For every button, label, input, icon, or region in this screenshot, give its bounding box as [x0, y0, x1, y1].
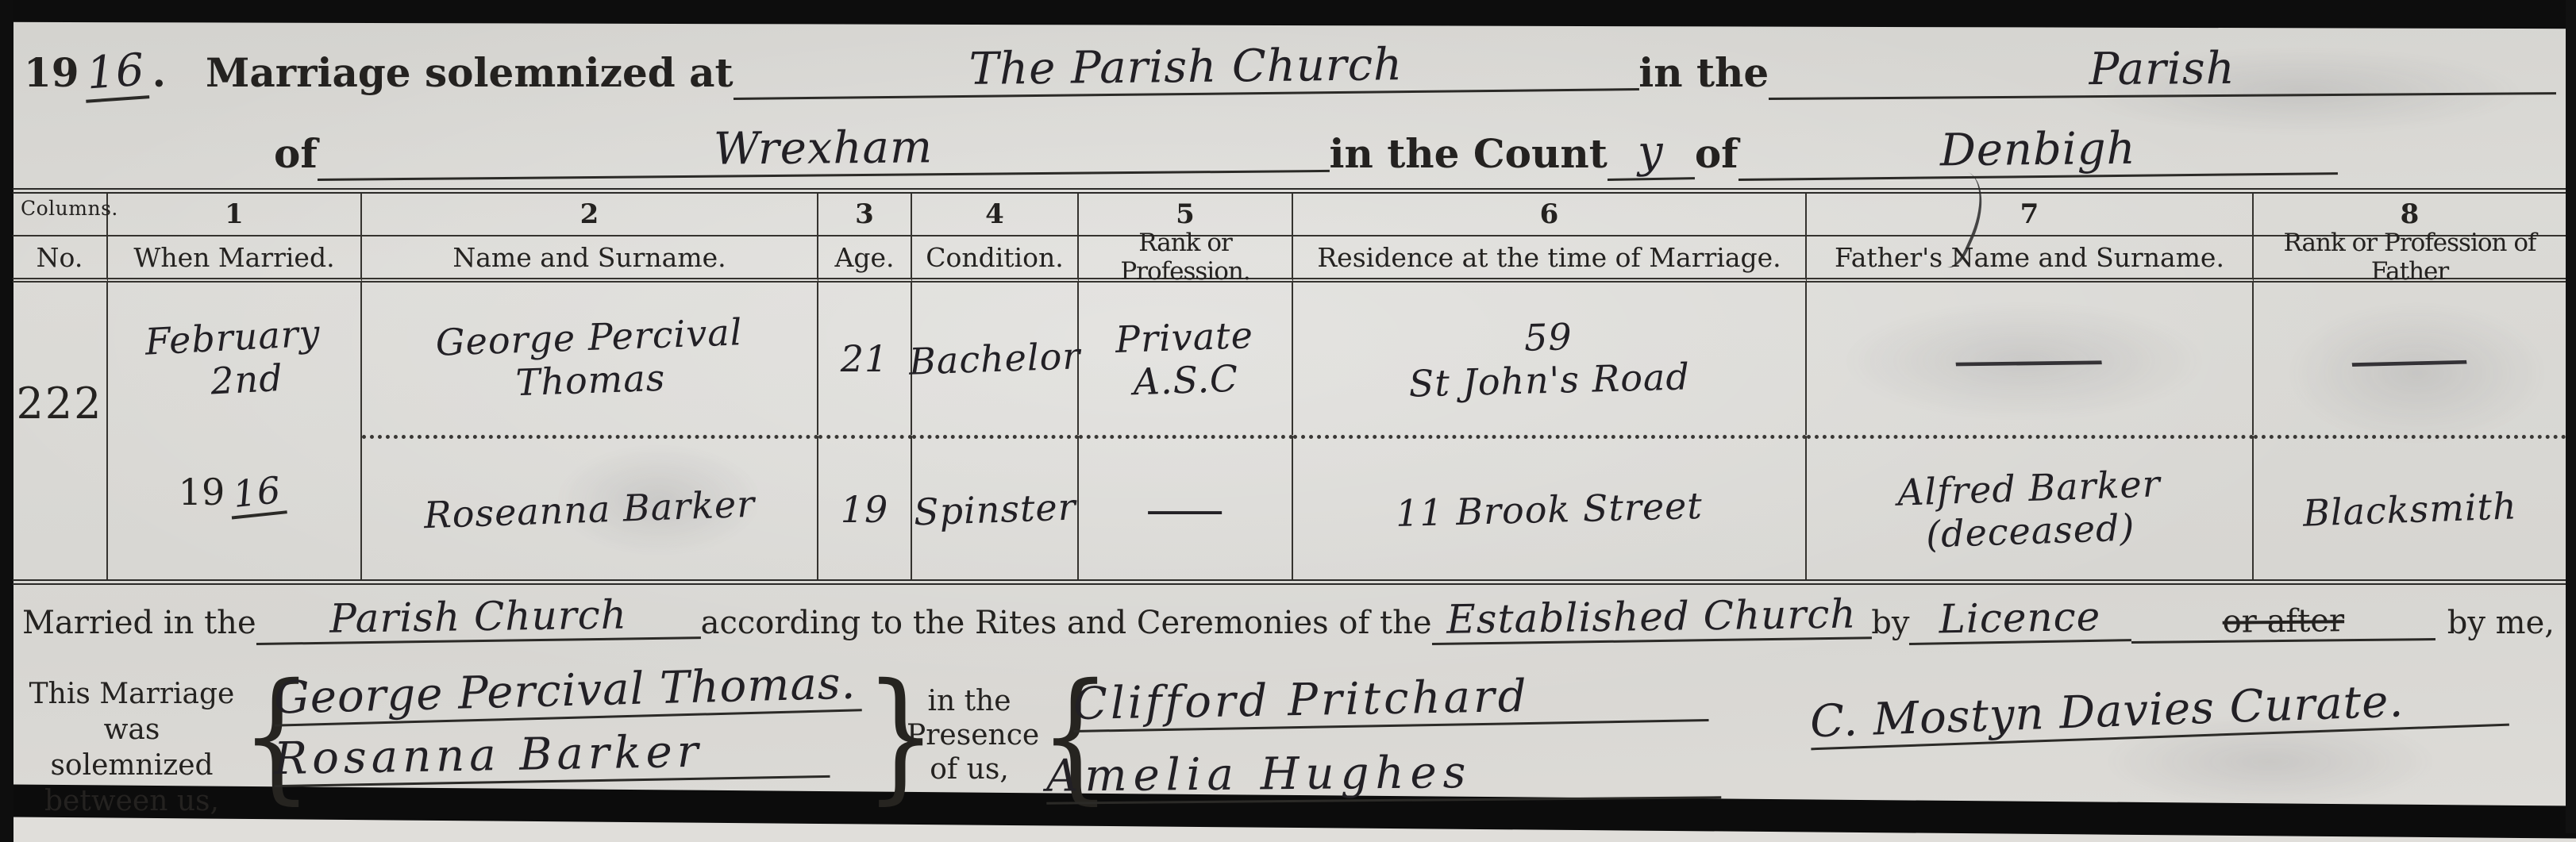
- register-table: Columns. 1 2 3 4 5 6 7 8 No. When Marrie…: [13, 188, 2566, 585]
- header-condition: Condition.: [912, 236, 1079, 283]
- groom-age: 21: [818, 283, 912, 435]
- presence-label: in the Presence of us,: [907, 684, 1032, 787]
- bride-age: 19: [818, 435, 912, 579]
- bride-signature: Rosanna Barker: [273, 724, 830, 787]
- header-residence: Residence at the time of Marriage.: [1293, 236, 1807, 283]
- by-me-label: by me,: [2447, 605, 2555, 641]
- scan-border-left: [0, 0, 13, 842]
- county-label: in the Count: [1329, 130, 1607, 177]
- bride-year-printed: 19: [179, 471, 225, 513]
- entry-number: 222: [13, 283, 108, 579]
- column-number-1: 1: [108, 194, 362, 236]
- header-no: No.: [13, 236, 108, 283]
- in-the-label: in the: [1638, 49, 1769, 96]
- header-line-1: 19 16 . Marriage solemnized at The Paris…: [24, 46, 2556, 101]
- header-father-name: Father's Name and Surname.: [1807, 236, 2254, 283]
- groom-signature: George Percival Thomas.: [273, 657, 862, 726]
- rites-value: Established Church: [1431, 590, 1872, 645]
- groom-when-day: 2nd: [147, 354, 325, 406]
- of-label-2: of: [1695, 130, 1739, 177]
- bride-residence: 11 Brook Street: [1293, 435, 1807, 579]
- by-value: Licence: [1908, 593, 2131, 645]
- declaration-line: Married in the Parish Church according t…: [22, 597, 2555, 645]
- groom-when-married: February 2nd: [108, 283, 362, 435]
- year-printed: 19: [24, 49, 79, 96]
- marriage-register-scan: 19 16 . Marriage solemnized at The Paris…: [0, 0, 2576, 842]
- groom-rank-profession: Private A.S.C: [1079, 283, 1293, 435]
- bride-name: Roseanna Barker: [362, 435, 818, 579]
- column-number-3: 3: [818, 194, 912, 236]
- by-label: by: [1871, 605, 1909, 641]
- parish-fill-value: Parish: [1769, 40, 2556, 100]
- or-after-label-struck: or after: [2131, 602, 2436, 644]
- scan-border-top: [0, 0, 2576, 29]
- header-name-surname: Name and Surname.: [362, 236, 818, 283]
- bride-condition: Spinster: [912, 435, 1079, 579]
- this-marriage-label: This Marriage was solemnized between us,: [24, 676, 240, 819]
- groom-father-name: —: [1807, 283, 2254, 435]
- county-letter-fill: y: [1607, 125, 1695, 181]
- year-written: 16: [82, 44, 149, 102]
- of-label: of: [274, 130, 318, 177]
- solemnized-label: Marriage solemnized at: [206, 49, 734, 96]
- married-in-value: Parish Church: [256, 590, 701, 645]
- parish-place-value: Wrexham: [317, 118, 1329, 181]
- bride-when-married: 19 16: [108, 435, 362, 579]
- columns-caption: Columns.: [13, 194, 108, 236]
- bride-year-written: 16: [227, 468, 287, 520]
- header-line-2: of Wrexham in the Count y of Denbigh: [274, 127, 2338, 181]
- bride-father-rank: Blacksmith: [2254, 435, 2566, 579]
- officiant-signature: C. Mostyn Davies Curate.: [1809, 672, 2509, 751]
- groom-condition: Bachelor: [912, 283, 1079, 435]
- bride-rank-profession: —: [1079, 435, 1293, 579]
- county-value: Denbigh: [1738, 121, 2338, 181]
- witness1-signature: Clifford Pritchard: [1072, 667, 1708, 732]
- place-of-marriage-value: The Parish Church: [733, 37, 1638, 100]
- header-rank-profession: Rank or Profession.: [1079, 236, 1293, 283]
- scan-border-right: [2566, 0, 2576, 833]
- groom-name: George Percival Thomas: [362, 283, 818, 435]
- column-number-2: 2: [362, 194, 818, 236]
- groom-father-rank: —: [2254, 283, 2566, 435]
- header-age: Age.: [818, 236, 912, 283]
- header-father-rank: Rank or Profession of Father: [2254, 236, 2566, 283]
- bride-father-name: Alfred Barker (deceased): [1807, 435, 2254, 579]
- period: .: [152, 49, 166, 96]
- column-number-6: 6: [1293, 194, 1807, 236]
- groom-residence: 59 St John's Road: [1293, 283, 1807, 435]
- witness2-signature: Amelia Hughes: [1046, 744, 1722, 804]
- column-number-7: 7: [1807, 194, 2254, 236]
- rites-label: according to the Rites and Ceremonies of…: [701, 605, 1432, 641]
- header-when-married: When Married.: [108, 236, 362, 283]
- married-in-label: Married in the: [22, 605, 256, 641]
- column-number-4: 4: [912, 194, 1079, 236]
